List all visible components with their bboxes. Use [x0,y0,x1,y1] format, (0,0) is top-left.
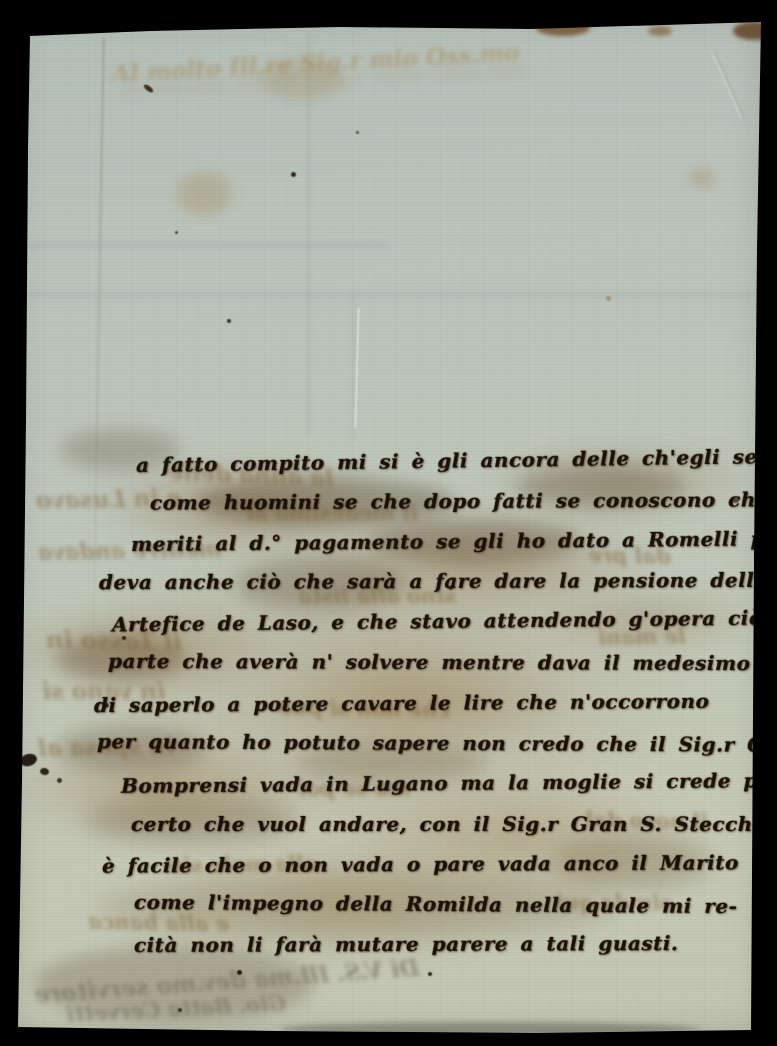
ink-speck [428,972,432,976]
letter-line: come l'impegno della Romilda nella quale… [134,890,738,918]
letter-line: Bomprensi vada in Lugano ma la moglie si… [121,768,766,798]
letter-line: parte che averà n' solvere mentre dava i… [108,649,751,675]
ink-speck [291,172,296,177]
ink-speck [733,498,739,503]
ink-speck [449,586,453,590]
letter-line: deva anche ciò che sarà a fare dare la p… [99,568,754,594]
letter-line: a fatto compito mi si è gli ancora delle… [136,443,777,477]
letter-line: meriti al d.° pagamento se gli ho dato a… [131,526,777,556]
letter-line: cità non li farà mutare parere a tali gu… [134,931,678,957]
letter-line: certo che vuol andare, con il Sig.r Gran… [131,812,777,836]
ink-speck [104,703,109,708]
letter-line: per quanto ho potuto sapere non credo ch… [97,729,777,757]
ink-speck [356,131,359,134]
letter-line: è facile che o non vada o pare vada anco… [102,850,739,877]
ink-speck [237,970,242,975]
letter-line: di saperlo a potere cavare le lire che n… [94,689,710,717]
letter-line: Artefice de Laso, e che stavo attendendo… [112,606,763,637]
ink-speck [227,319,231,323]
letter-line: come huomini se che dopo fatti se conosc… [150,487,769,514]
ink-speck [606,296,611,301]
ink-speck [178,1008,182,1012]
ink-speck [175,231,178,234]
ink-speck [57,778,62,783]
letter-body: a fatto compito mi si è gli ancora delle… [0,0,777,1046]
manuscript-page: Al molto Ill.re Sig.r mio Oss.mo la anna… [0,0,777,1046]
scanner-background: Al molto Ill.re Sig.r mio Oss.mo la anna… [0,0,777,1046]
ink-speck [122,636,126,640]
